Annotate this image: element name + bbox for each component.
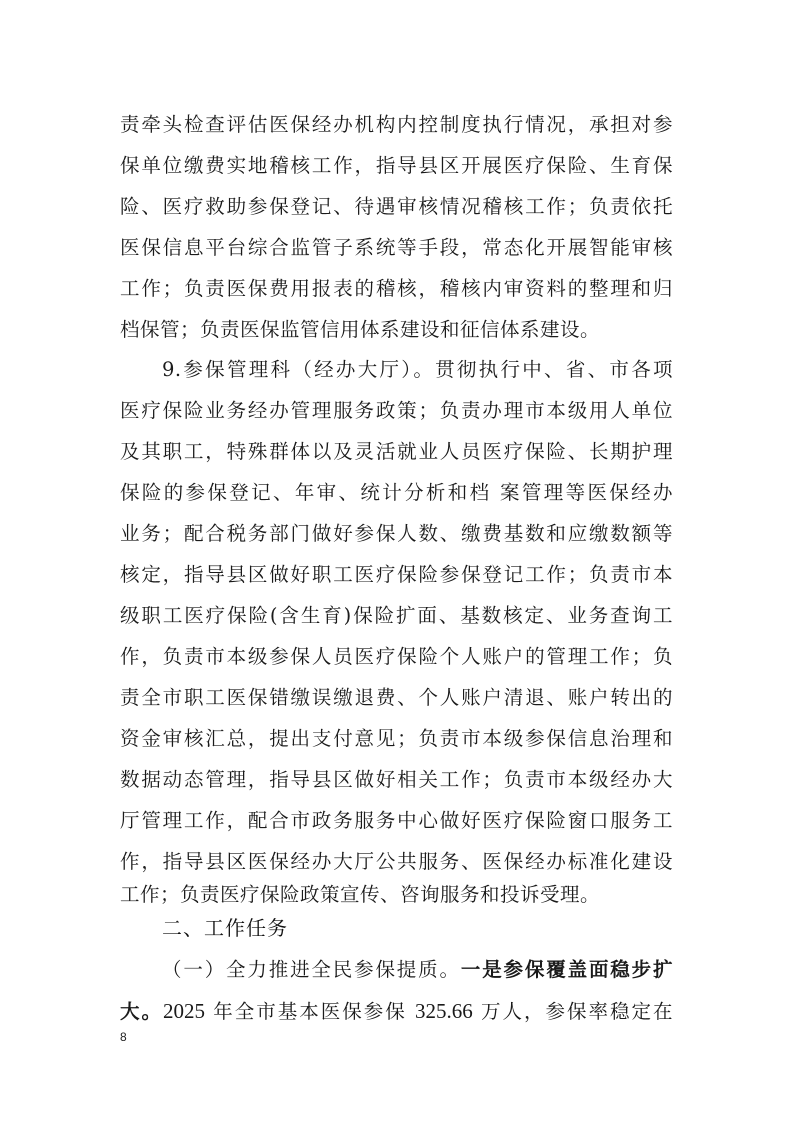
body-line: 工作；负责医疗保险政策宣传、咨询服务和投诉受理。: [120, 880, 673, 910]
subsection-1-first-line: （一）全力推进全民参保提质。一是参保覆盖面稳步扩: [162, 955, 673, 985]
body-line: 保险的参保登记、年审、统计分析和档 案管理等医保经办: [120, 478, 673, 508]
body-line: 作，指导县区医保经办大厅公共服务、医保经办标准化建设: [120, 847, 673, 877]
body-line: 数据动态管理，指导县区做好相关工作；负责市本级经办大: [120, 765, 673, 795]
body-line: 资金审核汇总，提出支付意见；负责市本级参保信息治理和: [120, 724, 673, 754]
document-page: 责牵头检查评估医保经办机构内控制度执行情况，承担对参 保单位缴费实地稽核工作，指…: [0, 0, 793, 1122]
body-line: 及其职工，特殊群体以及灵活就业人员医疗保险、长期护理: [120, 437, 673, 467]
emphasis-text: 大。: [120, 1000, 163, 1023]
page-number: 8: [120, 1030, 127, 1044]
body-line: 工作；负责医保费用报表的稽核，稽核内审资料的整理和归: [120, 274, 673, 304]
body-line: 责牵头检查评估医保经办机构内控制度执行情况，承担对参: [120, 110, 673, 140]
body-line: 作，负责市本级参保人员医疗保险个人账户的管理工作；负: [120, 642, 673, 672]
body-line: 险、医疗救助参保登记、待遇审核情况稽核工作；负责依托: [120, 192, 673, 222]
body-line: 保单位缴费实地稽核工作，指导县区开展医疗保险、生育保: [120, 151, 673, 181]
body-text: 万人，参保率稳定在: [473, 1000, 673, 1023]
year-value: 2025: [163, 999, 205, 1023]
section-heading: 二、工作任务: [162, 913, 288, 943]
subsection-title: （一）全力推进全民参保提质。: [162, 958, 461, 981]
body-line: 级职工医疗保险(含生育)保险扩面、基数核定、业务查询工: [120, 601, 673, 631]
section-9-first-line: 9.参保管理科（经办大厅）。贯彻执行中、省、市各项: [162, 355, 673, 385]
body-text: 年全市基本医保参保: [205, 1000, 415, 1023]
body-line: 责全市职工医保错缴误缴退费、个人账户清退、账户转出的: [120, 683, 673, 713]
body-line: 厅管理工作，配合市政务服务中心做好医疗保险窗口服务工: [120, 806, 673, 836]
body-line: 医保信息平台综合监管子系统等手段，常态化开展智能审核: [120, 233, 673, 263]
body-line: 业务；配合税务部门做好参保人数、缴费基数和应缴数额等: [120, 519, 673, 549]
enrollment-count: 325.66: [415, 999, 473, 1023]
body-line: 医疗保险业务经办管理服务政策；负责办理市本级用人单位: [120, 396, 673, 426]
emphasis-text: 一是参保覆盖面稳步扩: [461, 958, 673, 981]
subsection-1-second-line: 大。2025 年全市基本医保参保 325.66 万人，参保率稳定在: [120, 996, 673, 1026]
body-line: 核定，指导县区做好职工医疗保险参保登记工作；负责市本: [120, 560, 673, 590]
body-line: 档保管；负责医保监管信用体系建设和征信体系建设。: [120, 315, 673, 345]
